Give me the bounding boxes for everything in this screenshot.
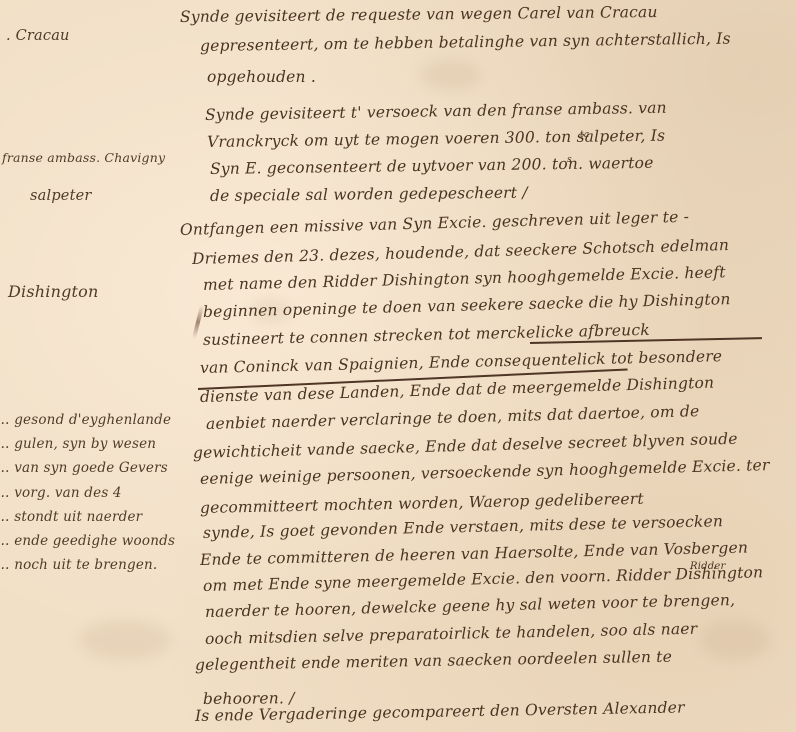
text-line: opgehouden .: [207, 68, 316, 86]
text-line: eenige weinige persoonen, versoeckende s…: [200, 456, 770, 488]
text-line: gecommitteert mochten worden, Waerop ged…: [200, 490, 644, 517]
margin-note: … ende geedighe woonds: [0, 533, 175, 549]
text-line: gewichticheit vande saecke, Ende dat des…: [193, 430, 738, 462]
text-line: beginnen openinge te doen van seekere sa…: [203, 290, 731, 321]
text-line: dienste van dese Landen, Ende dat de mee…: [200, 374, 715, 406]
text-line: naerder te hooren, dewelcke geene hy sal…: [205, 591, 736, 621]
text-line: van Coninck van Spaignien, Ende conseque…: [200, 347, 723, 377]
paper-stain: [420, 60, 480, 90]
paper-stain: [80, 620, 170, 660]
text-line: aenbiet naerder verclaringe te doen, mit…: [206, 402, 700, 433]
text-line: Ontfangen een missive van Syn Excie. ges…: [180, 208, 689, 239]
margin-note: . Cracau: [6, 28, 70, 44]
text-line: Vranckryck om uyt te mogen voeren 300. t…: [207, 127, 665, 151]
superscript-mark: s: [567, 155, 572, 165]
paper-stain: [700, 620, 770, 660]
text-line: Ende te committeren de heeren van Haerso…: [200, 539, 748, 569]
margin-note: franse ambass. Chavigny: [2, 150, 165, 165]
text-line: sustineert te connen strecken tot mercke…: [203, 321, 650, 349]
superscript-mark: ta: [580, 130, 589, 140]
margin-note: … vorg. van des 4: [0, 485, 122, 501]
margin-note: … gesond d'eyghenlande: [0, 412, 171, 428]
text-line: om met Ende syne meergemelde Excie. den …: [203, 563, 764, 595]
text-line: Synde gevisiteert de requeste van wegen …: [180, 3, 658, 26]
text-line: Driemes den 23. dezes, houdende, dat see…: [192, 236, 729, 268]
margin-note: … noch uit te brengen.: [0, 557, 157, 573]
interlinear-note: Ridder: [690, 561, 725, 572]
text-line: de speciale sal worden gedepescheert /: [210, 184, 528, 205]
text-line: ooch mitsdien selve preparatoirlick te h…: [205, 620, 698, 648]
text-line: Synde gevisiteert t' versoeck van den fr…: [205, 99, 667, 124]
manuscript-page: . Cracau franse ambass. Chavigny salpete…: [0, 0, 796, 732]
margin-note: salpeter: [30, 188, 92, 204]
margin-note: Dishington: [8, 282, 99, 301]
text-line: synde, Is goet gevonden Ende verstaen, m…: [203, 512, 723, 542]
margin-note: … stondt uit naerder: [0, 509, 142, 525]
margin-note: … van syn goede Gevers: [0, 460, 168, 476]
text-line: Syn E. geconsenteert de uytvoer van 200.…: [210, 154, 654, 178]
text-line: gepresenteert, om te hebben betalinghe v…: [200, 30, 731, 55]
text-line: met name den Ridder Dishington syn hoogh…: [203, 263, 726, 294]
margin-note: … gulen, syn by wesen: [0, 436, 156, 452]
text-line: gelegentheit ende meriten van saecken oo…: [195, 648, 672, 674]
